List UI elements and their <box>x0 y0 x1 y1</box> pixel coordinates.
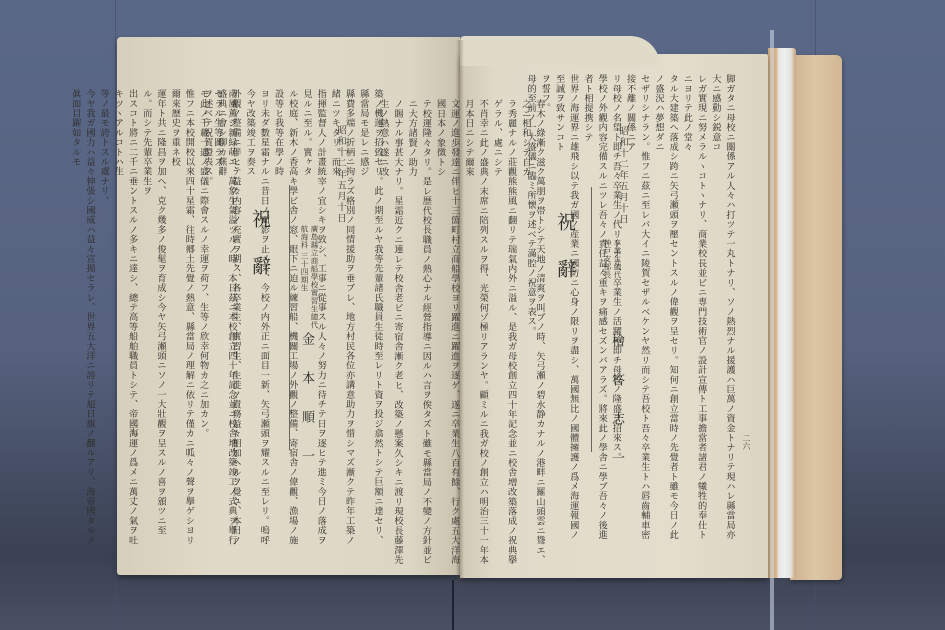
left-page-title: 祝辭 <box>247 209 274 303</box>
left-page-body-new: 南風薫ジ新緑萌エ、萬象生氣溢ツルノ時、本日茲ニ本校創立四十年記念並ニ校舎増改築竣… <box>68 89 238 549</box>
left-divider-rule <box>289 185 290 450</box>
right-date: 昭和十二年五月十日 <box>615 126 629 225</box>
left-signatory-name: 金本順一 <box>297 332 316 488</box>
right-divider-rule <box>591 187 592 452</box>
book-gutter <box>456 40 464 580</box>
background-seam <box>452 580 454 630</box>
left-signatory-affiliation: 廣島縣立商船學校實習生總代 航海科 三十四期生 <box>299 225 319 329</box>
right-page-body-continued: 脚ガタニ母校ニ關係アル人々ハ打ツテ一丸トナリ、ソノ熱烈ナル援護ハ巨萬ノ資金トナリ… <box>523 74 736 544</box>
back-cover <box>790 55 842 580</box>
right-page: 脚ガタニ母校ニ關係アル人々ハ打ツテ一丸トナリ、ソノ熱烈ナル援護ハ巨萬ノ資金トナリ… <box>460 54 768 578</box>
right-page-number: 二六 <box>741 434 752 450</box>
left-page-number: 二七 <box>129 419 140 435</box>
open-book: 築ノ機運ヲ招致セリ。此ノ期至ルヤ我等先輩諸氏職員生徒時至レリト資ヲ投ジ翕然トシテ… <box>0 0 945 630</box>
right-signatory-name: 檜答志一 <box>607 334 626 490</box>
right-page-title: 祝辭 <box>552 212 579 306</box>
acrylic-holder-rod <box>770 30 774 630</box>
left-date: 昭和十二年五月十日 <box>333 125 347 224</box>
right-signatory-affiliation: 卒業生總代 神戸支部長 <box>602 239 622 279</box>
